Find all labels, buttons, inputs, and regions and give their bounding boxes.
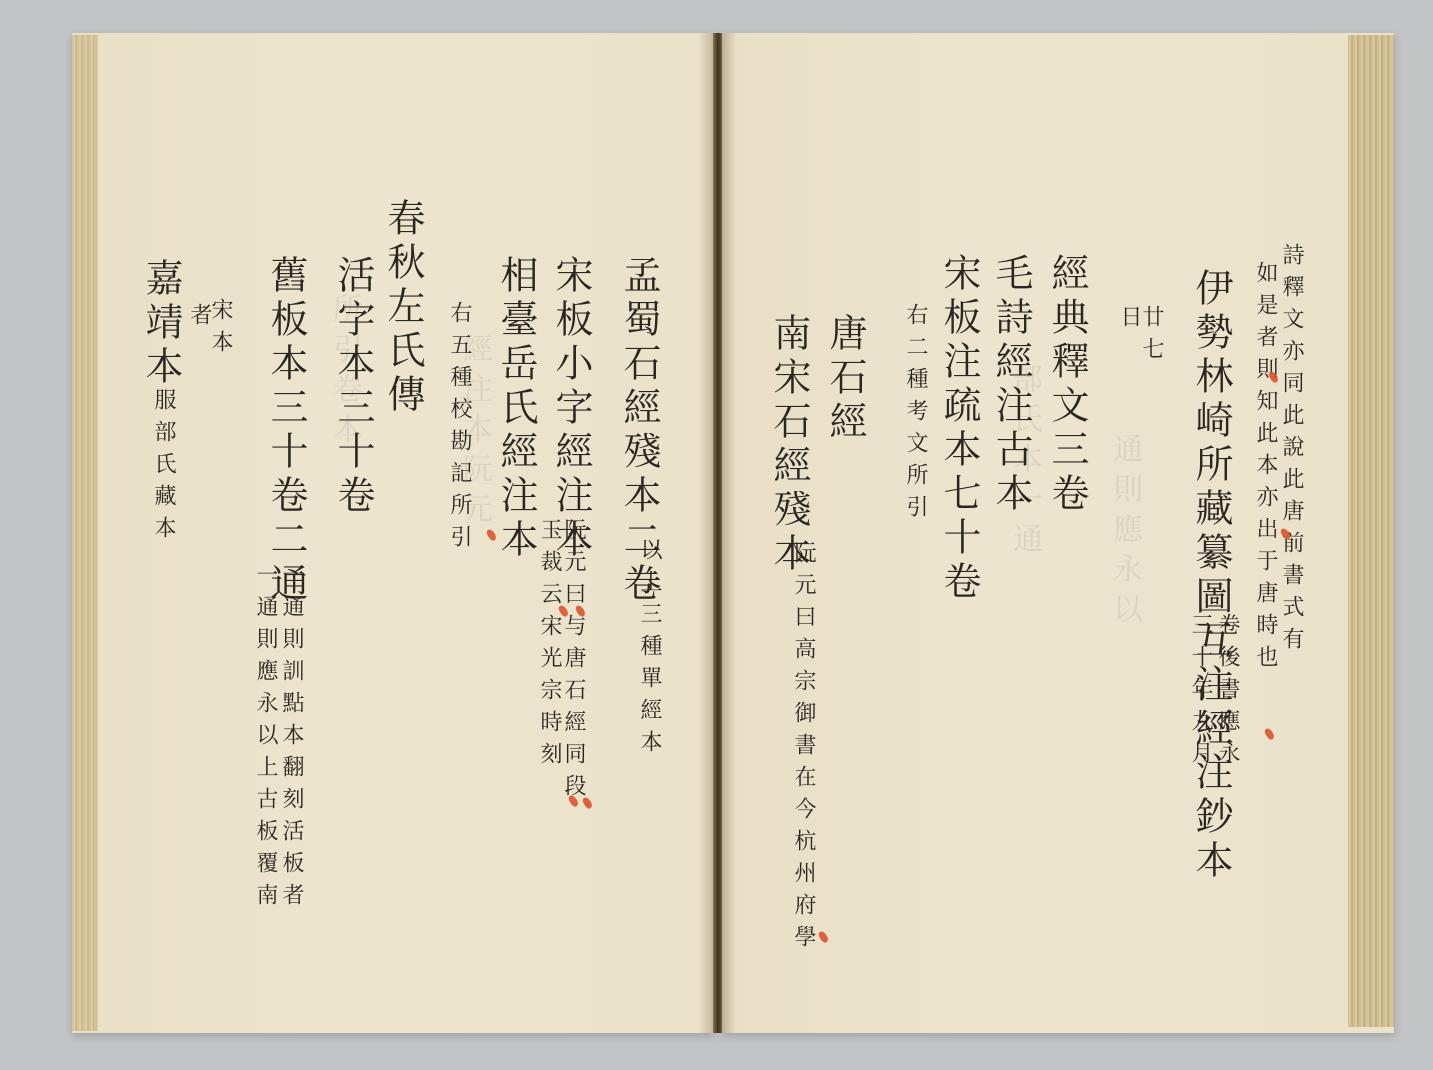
- right-page: 部氏本一通 通則應永以 詩釋文亦同此說此唐前書式有 如是者則知此本亦出于唐時也 …: [722, 33, 1394, 1033]
- text-column: 嘉靖本: [142, 258, 180, 390]
- text-column: 伊勢林崎所藏纂圖互注經注鈔本: [1192, 268, 1230, 884]
- annotation-column: 以上三種單經本: [638, 538, 660, 762]
- left-page-edges: [72, 35, 98, 1031]
- annotation-column: 詩釋文亦同此說此唐前書式有: [1280, 243, 1302, 659]
- text-column: 南宋石經殘本: [770, 313, 808, 577]
- annotation-column: 卷後書應永: [1216, 613, 1238, 773]
- annotation-column: 如是者則知此本亦出于唐時也: [1254, 261, 1276, 677]
- red-punctuation-mark: [817, 930, 829, 944]
- bleed-through-text: 通則應永以: [1102, 433, 1146, 633]
- text-column: 毛詩經注古本: [992, 253, 1030, 517]
- annotation-column: 三十年九月: [1189, 613, 1211, 773]
- annotation-column: 右二種考文所引: [904, 303, 926, 527]
- text-column: 宋板注疏本七十卷: [940, 253, 978, 605]
- text-column: 經典釋文三卷: [1048, 253, 1086, 517]
- annotation-column: 玉裁云宋光宗時刻: [538, 518, 560, 774]
- annotation-column: 宋本: [209, 298, 231, 362]
- red-punctuation-mark: [581, 796, 593, 810]
- text-column: 相臺岳氏經注本: [497, 255, 535, 563]
- text-column: 宋板小字經注本: [552, 255, 590, 563]
- text-column: 春秋左氏傳: [384, 198, 422, 418]
- red-punctuation-mark: [1263, 727, 1275, 741]
- annotation-column: 阮元曰高宗御書在今杭州府學: [792, 541, 814, 957]
- annotation-column: 者: [188, 303, 210, 335]
- text-column: 舊板本三十卷二通: [267, 255, 305, 607]
- annotation-column: 日: [1118, 305, 1140, 337]
- annotation-column: 阮元曰与唐石經同段: [562, 518, 584, 806]
- annotation-column: 一通則應永以上古板覆南: [254, 563, 276, 915]
- annotation-column: 一通則訓點本翻刻活板者: [280, 563, 302, 915]
- text-column: 唐石經: [826, 313, 864, 445]
- annotation-column: 服部氏藏本: [152, 388, 174, 548]
- right-gutter-shadow: [722, 33, 736, 1033]
- open-book: 經注本阮元 所引卷本 孟蜀石經殘本二卷 以上三種單經本 宋板小字經注本 阮元曰与…: [72, 33, 1394, 1033]
- left-page: 經注本阮元 所引卷本 孟蜀石經殘本二卷 以上三種單經本 宋板小字經注本 阮元曰与…: [72, 33, 714, 1033]
- left-gutter-shadow: [698, 33, 714, 1033]
- annotation-column: 右五種校勘記所引: [448, 301, 470, 557]
- annotation-column: 廿七: [1140, 305, 1162, 369]
- right-page-edges: [1348, 35, 1394, 1027]
- text-column: 活字本三十卷: [334, 255, 372, 519]
